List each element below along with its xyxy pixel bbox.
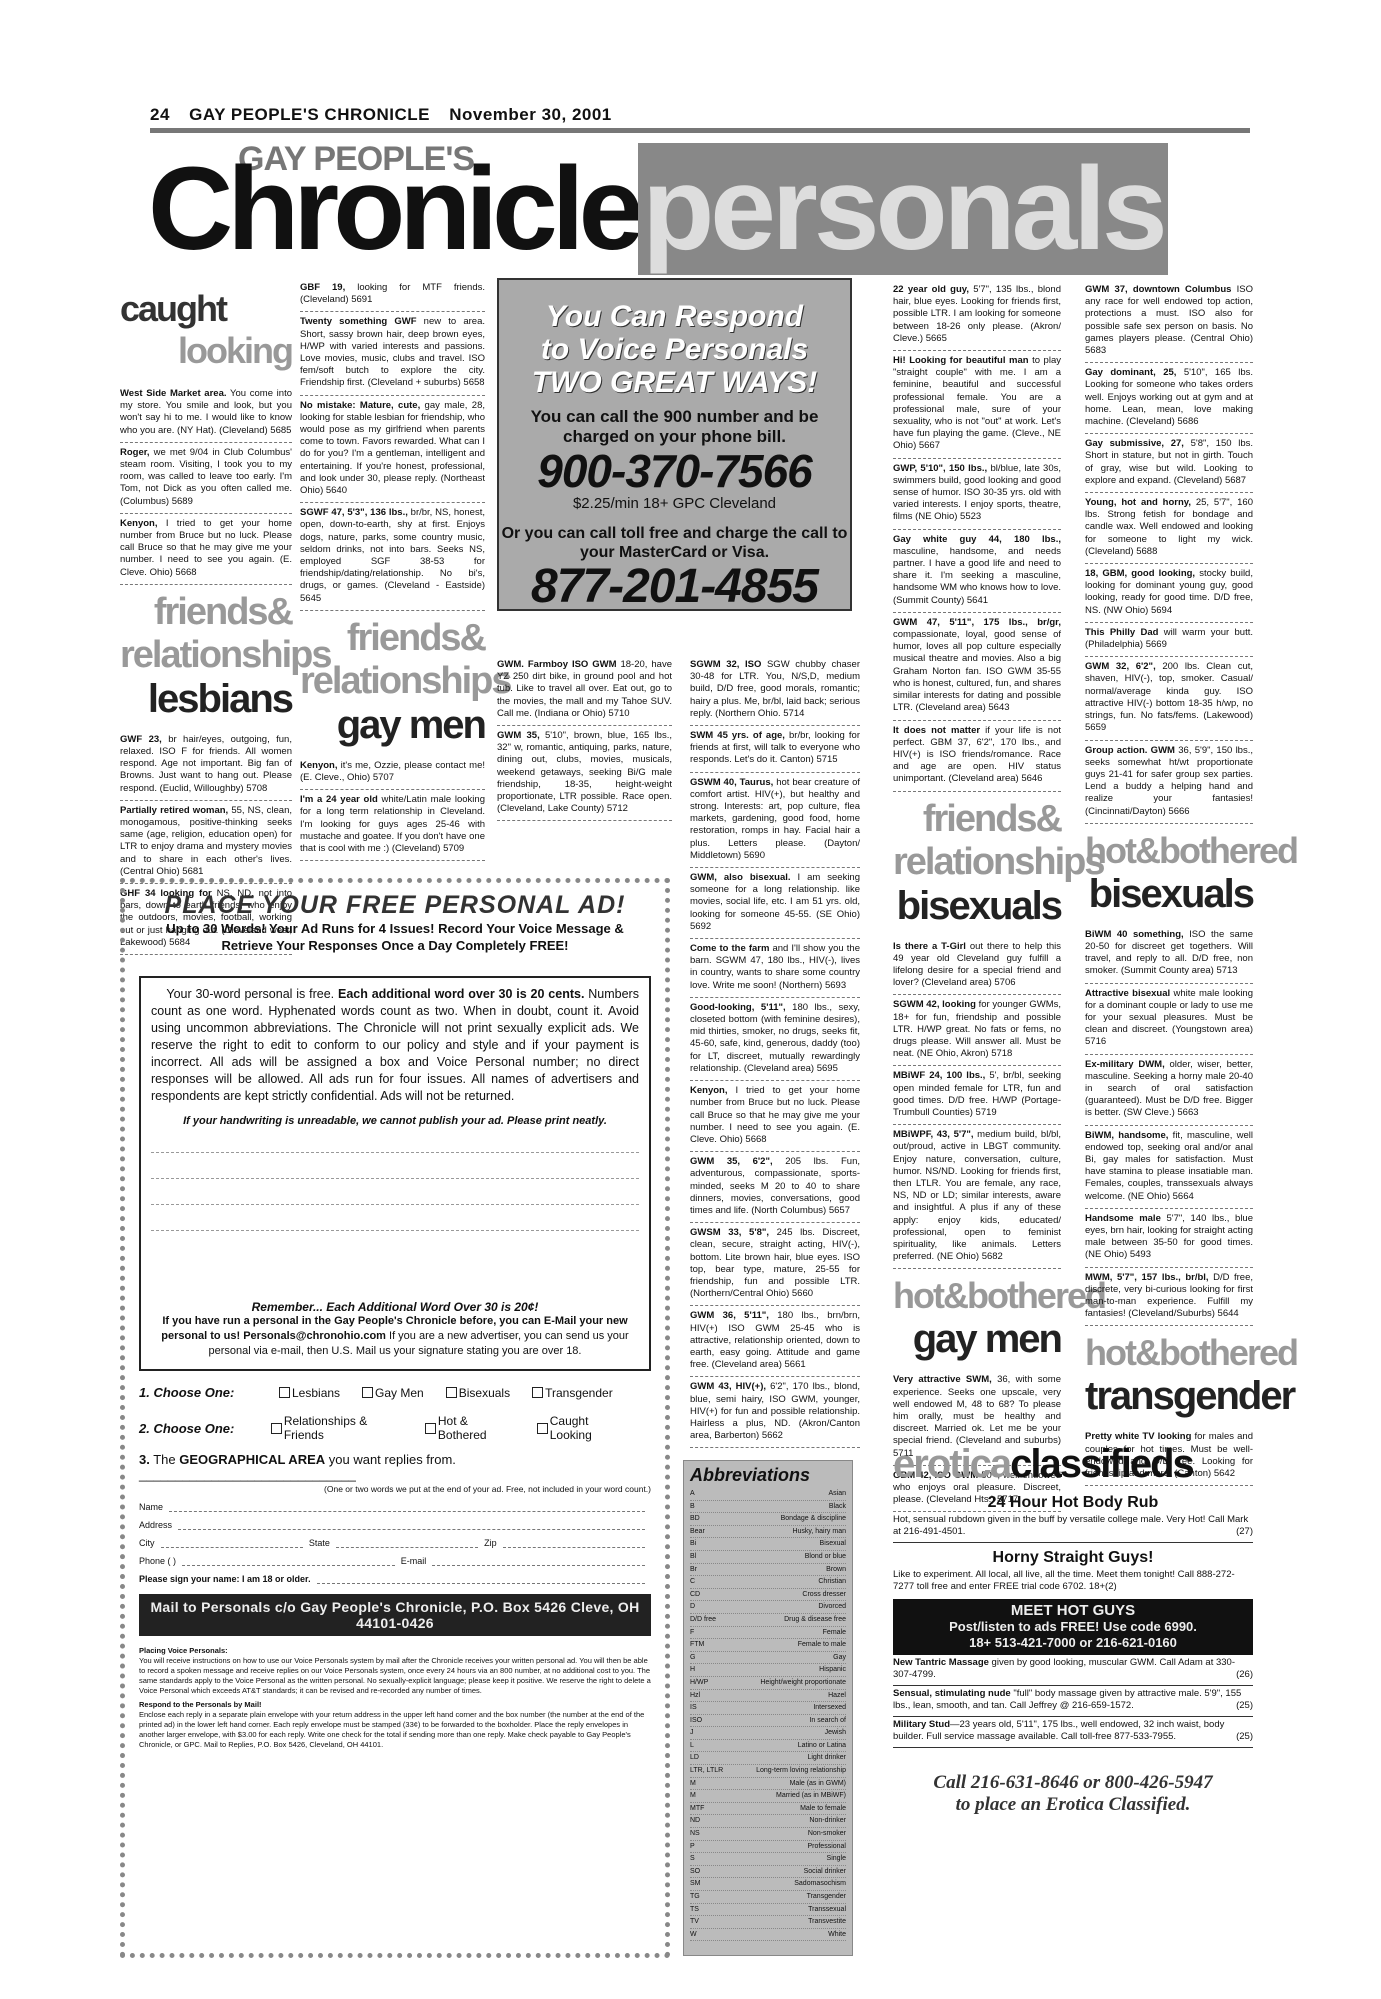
write-line[interactable]	[151, 1205, 639, 1231]
personal-ad: Hi! Looking for beautiful man to play "s…	[893, 351, 1061, 459]
abbreviation-code: P	[690, 1841, 695, 1853]
abbreviation-row: LDLight drinker	[690, 1752, 846, 1765]
checkbox-relationships[interactable]: Relationships & Friends	[271, 1414, 403, 1442]
abbreviation-code: BD	[690, 1513, 700, 1525]
personal-ad: Gay dominant, 25, 5'10", 165 lbs. Lookin…	[1085, 363, 1253, 434]
abbreviation-row: CDCross dresser	[690, 1589, 846, 1602]
personal-ad: Come to the farm and I'll show you the b…	[690, 939, 860, 998]
voice-line-tollfree: Or you can call toll free and charge the…	[499, 524, 850, 562]
abbreviation-code: LD	[690, 1752, 699, 1764]
erotica-ad: Like to experiment. All local, all live,…	[893, 1567, 1253, 1597]
abbreviation-code: Br	[690, 1564, 697, 1576]
abbreviation-meaning: Jewish	[825, 1727, 846, 1739]
abbreviation-meaning: Cross dresser	[802, 1589, 846, 1601]
personal-ad: SGWF 47, 5'3", 136 lbs., br/br, NS, hone…	[300, 503, 485, 611]
abbreviation-row: LTR, LTLRLong-term loving relationship	[690, 1765, 846, 1778]
erotica-call-to-place: Call 216-631-8646 or 800-426-5947 to pla…	[893, 1772, 1253, 1816]
abbreviation-code: Bl	[690, 1551, 696, 1563]
personal-ad: GWM 47, 5'11", 175 lbs., br/gr, compassi…	[893, 613, 1061, 721]
personal-ad: GWP, 5'10", 150 lbs., bl/blue, late 30s,…	[893, 459, 1061, 530]
abbreviation-code: H/WP	[690, 1677, 708, 1689]
abbreviation-code: LTR, LTLR	[690, 1765, 723, 1777]
personal-ad: GSWM 40, Taurus, hot bear creature of co…	[690, 773, 860, 868]
abbreviation-meaning: Single	[827, 1853, 846, 1865]
abbreviation-row: ISIntersexed	[690, 1702, 846, 1715]
abbreviation-meaning: Sadomasochism	[794, 1878, 846, 1890]
geographic-area-note: (One or two words we put at the end of y…	[139, 1484, 651, 1494]
abbreviation-meaning: Transsexual	[808, 1904, 846, 1916]
abbreviation-code: Bi	[690, 1538, 696, 1550]
abbreviation-meaning: Husky, hairy man	[792, 1526, 846, 1538]
abbreviation-row: H/WPHeight/weight proportionate	[690, 1677, 846, 1690]
abbreviation-row: BearHusky, hairy man	[690, 1526, 846, 1539]
section-heading-caught-looking: caught looking	[120, 278, 292, 384]
abbreviation-meaning: Bondage & discipline	[781, 1513, 846, 1525]
personal-ad: Kenyon, it's me, Ozzie, please contact m…	[300, 756, 485, 790]
abbreviation-row: GGay	[690, 1652, 846, 1665]
abbreviation-meaning: Latino or Latina	[798, 1740, 846, 1752]
abbreviation-row: TGTransgender	[690, 1891, 846, 1904]
abbreviation-code: MTF	[690, 1803, 704, 1815]
personal-ad: Young, hot and horny, 25, 5'7", 160 lbs.…	[1085, 493, 1253, 564]
place-ad-form: PLACE YOUR FREE PERSONAL AD! Up to 30 Wo…	[120, 878, 670, 1958]
erotica-ad: New Tantric Massage given by good lookin…	[893, 1655, 1253, 1686]
abbreviation-row: BDBondage & discipline	[690, 1513, 846, 1526]
abbreviation-row: FFemale	[690, 1627, 846, 1640]
personal-ad: Kenyon, I tried to get your home number …	[120, 514, 292, 585]
abbreviation-row: TSTranssexual	[690, 1904, 846, 1917]
column-2: GBF 19, looking for MTF friends. (Clevel…	[300, 278, 485, 861]
abbreviation-code: F	[690, 1627, 694, 1639]
abbreviation-code: C	[690, 1576, 695, 1588]
abbreviation-code: M	[690, 1778, 696, 1790]
write-line[interactable]	[151, 1153, 639, 1179]
choose-one-orientation: 1. Choose One: Lesbians Gay Men Bisexual…	[139, 1385, 651, 1400]
abbreviation-meaning: White	[828, 1929, 846, 1941]
abbreviation-row: MMarried (as in MBiWF)	[690, 1790, 846, 1803]
phone-877[interactable]: 877-201-4855	[499, 562, 850, 611]
voice-personals-ad: You Can Respondto Voice PersonalsTWO GRE…	[497, 278, 852, 611]
section-heading-gay-men: friends& relationships gay men	[300, 611, 485, 756]
abbreviation-row: SOSocial drinker	[690, 1866, 846, 1879]
abbreviation-row: WWhite	[690, 1929, 846, 1942]
abbreviation-meaning: Male (as in GWM)	[790, 1778, 846, 1790]
abbreviations-list: AAsianBBlackBDBondage & disciplineBearHu…	[690, 1488, 846, 1941]
abbreviation-meaning: Blond or blue	[805, 1551, 846, 1563]
personal-ad: West Side Market area. You come into my …	[120, 384, 292, 443]
abbreviation-meaning: Female	[823, 1627, 846, 1639]
voice-line-900: You can call the 900 number and be charg…	[499, 407, 850, 447]
signature-field[interactable]: Please sign your name: I am 18 or older.	[139, 1574, 651, 1584]
personal-ad: Group action. GWM 36, 5'9", 150 lbs., se…	[1085, 741, 1253, 824]
personal-ad: GWSM 33, 5'8", 245 lbs. Discreet, clean,…	[690, 1223, 860, 1306]
abbreviation-meaning: Transgender	[807, 1891, 846, 1903]
abbreviation-code: M	[690, 1790, 696, 1802]
personal-ad: BiWM 40 something, ISO the same 20-50 fo…	[1085, 925, 1253, 984]
abbreviation-code: TG	[690, 1891, 700, 1903]
abbreviation-row: HHispanic	[690, 1664, 846, 1677]
abbreviation-row: MTFMale to female	[690, 1803, 846, 1816]
section-heading-bisexuals: friends& relationships bisexuals	[893, 792, 1061, 937]
personal-ad: Ex-military DWM, older, wiser, better, m…	[1085, 1055, 1253, 1126]
personal-ad: BiWM, handsome, fit, masculine, well end…	[1085, 1126, 1253, 1209]
personal-ad: Twenty something GWF new to area. Short,…	[300, 312, 485, 395]
checkbox-lesbians[interactable]: Lesbians	[279, 1386, 340, 1400]
abbreviation-meaning: Professional	[807, 1841, 846, 1853]
abbreviation-row: LLatino or Latina	[690, 1740, 846, 1753]
checkbox-transgender[interactable]: Transgender	[532, 1386, 613, 1400]
abbreviation-row: NSNon-smoker	[690, 1828, 846, 1841]
abbreviation-row: TVTransvestite	[690, 1916, 846, 1929]
abbreviation-row: CChristian	[690, 1576, 846, 1589]
abbreviations-box: Abbreviations AAsianBBlackBDBondage & di…	[683, 1460, 853, 1956]
erotica-ad: Sensual, stimulating nude "full" body ma…	[893, 1686, 1253, 1717]
abbreviation-meaning: Female to male	[798, 1639, 846, 1651]
abbreviation-meaning: Married (as in MBiWF)	[776, 1790, 846, 1802]
abbreviation-code: H	[690, 1664, 695, 1676]
abbreviation-code: TS	[690, 1904, 699, 1916]
abbreviation-row: JJewish	[690, 1727, 846, 1740]
abbreviation-code: Bear	[690, 1526, 705, 1538]
abbreviation-row: HzlHazel	[690, 1690, 846, 1703]
ad-title: Horny Straight Guys!	[893, 1549, 1253, 1567]
checkbox-gay-men[interactable]: Gay Men	[362, 1386, 424, 1400]
abbreviation-code: TV	[690, 1916, 699, 1928]
voice-personals-info: Placing Voice Personals: You will receiv…	[139, 1646, 651, 1750]
personal-ad: Kenyon, I tried to get your home number …	[690, 1081, 860, 1152]
personal-ad: SGWM 42, looking for younger GWMs, 18+ f…	[893, 995, 1061, 1066]
city-state-zip-field[interactable]: CityStateZip	[139, 1538, 651, 1548]
abbreviation-code: L	[690, 1740, 694, 1752]
personal-ad: MBiWF 24, 100 lbs., 5', br/bl, seeking o…	[893, 1066, 1061, 1125]
personal-ad: GWM. Farmboy ISO GWM 18-20, have YZ 250 …	[497, 655, 672, 726]
checkbox-hot-bothered[interactable]: Hot & Bothered	[425, 1414, 515, 1442]
personal-ad: Roger, we met 9/04 in Club Columbus' ste…	[120, 443, 292, 514]
address-field[interactable]: Address	[139, 1520, 651, 1530]
section-heading-hot-gay-men: hot&bothered gay men	[893, 1269, 1061, 1370]
name-field[interactable]: Name	[139, 1502, 651, 1512]
abbreviation-meaning: Non-smoker	[808, 1828, 846, 1840]
personal-ad: GWM 37, downtown Columbus ISO any race f…	[1085, 280, 1253, 363]
abbreviation-meaning: In search of	[809, 1715, 846, 1727]
personal-ad: SWM 45 yrs. of age, br/br, looking for f…	[690, 726, 860, 773]
personal-ad: Is there a T-Girl out there to help this…	[893, 937, 1061, 996]
abbreviation-code: A	[690, 1488, 695, 1500]
abbreviations-title: Abbreviations	[690, 1465, 846, 1486]
write-line[interactable]	[151, 1127, 639, 1153]
abbreviation-meaning: Hazel	[828, 1690, 846, 1702]
personal-ad: Gay white guy 44, 180 lbs., masculine, h…	[893, 530, 1061, 613]
abbreviation-row: SSingle	[690, 1853, 846, 1866]
personal-ad: GWM 35, 5'10", brown, blue, 165 lbs., 32…	[497, 726, 672, 821]
ad-rules-box: Your 30-word personal is free. Each addi…	[139, 976, 651, 1371]
phone-900-rate: $2.25/min 18+ GPC Cleveland	[499, 495, 850, 512]
abbreviation-row: PProfessional	[690, 1841, 846, 1854]
abbreviation-code: NS	[690, 1828, 700, 1840]
abbreviation-code: J	[690, 1727, 694, 1739]
choose-one-category: 2. Choose One: Relationships & Friends H…	[139, 1414, 651, 1442]
personal-ad: MBiWPF, 43, 5'7", medium build, bl/bl, o…	[893, 1125, 1061, 1269]
abbreviation-meaning: Divorced	[818, 1601, 846, 1613]
personal-ad: Partially retired woman, 55, NS, clean, …	[120, 801, 292, 884]
personal-ad: No mistake: Mature, cute, gay male, 28, …	[300, 396, 485, 504]
abbreviation-meaning: Christian	[818, 1576, 846, 1588]
geographic-area-field[interactable]: 3. The GEOGRAPHICAL AREA you want replie…	[139, 1452, 651, 1482]
erotica-ad: Hot, sensual rubdown given in the buff b…	[893, 1512, 1253, 1543]
abbreviation-code: ISO	[690, 1715, 702, 1727]
abbreviation-meaning: Gay	[833, 1652, 846, 1664]
erotica-ad: Military Stud—23 years old, 5'11", 175 l…	[893, 1717, 1253, 1748]
column-3: GWM. Farmboy ISO GWM 18-20, have YZ 250 …	[497, 655, 672, 821]
phone-email-field[interactable]: Phone ( )E-mail	[139, 1556, 651, 1566]
abbreviation-code: D	[690, 1601, 695, 1613]
personal-ad: Handsome male 5'7", 140 lbs., blue eyes,…	[1085, 1209, 1253, 1268]
section-heading-lesbians: friends& relationships lesbians	[120, 585, 292, 730]
abbreviation-meaning: Non-drinker	[809, 1815, 846, 1827]
masthead: GAY PEOPLE'S Chroniclepersonals	[148, 140, 1248, 265]
checkbox-bisexuals[interactable]: Bisexuals	[446, 1386, 510, 1400]
abbreviation-row: BiBisexual	[690, 1538, 846, 1551]
abbreviation-code: SM	[690, 1878, 701, 1890]
abbreviation-meaning: Male to female	[800, 1803, 846, 1815]
abbreviation-row: ISOIn search of	[690, 1715, 846, 1728]
personal-ad: Good-looking, 5'11", 180 lbs., sexy, clo…	[690, 998, 860, 1081]
abbreviation-code: B	[690, 1501, 695, 1513]
section-heading-hot-bisexuals: hot&bothered bisexuals	[1085, 824, 1253, 925]
page-folio: 24 GAY PEOPLE'S CHRONICLE November 30, 2…	[150, 105, 1250, 133]
personal-ad: SGWM 32, ISO SGW chubby chaser 30-48 for…	[690, 655, 860, 726]
personal-ad: Attractive bisexual white male looking f…	[1085, 984, 1253, 1055]
abbreviation-meaning: Intersexed	[813, 1702, 846, 1714]
column-5: 22 year old guy, 5'7", 135 lbs., blond h…	[893, 280, 1061, 1512]
abbreviation-meaning: Hispanic	[819, 1664, 846, 1676]
abbreviation-row: FTMFemale to male	[690, 1639, 846, 1652]
abbreviation-row: NDNon-drinker	[690, 1815, 846, 1828]
abbreviation-meaning: Drug & disease free	[784, 1614, 846, 1626]
abbreviation-code: W	[690, 1929, 697, 1941]
mail-to-address: Mail to Personals c/o Gay People's Chron…	[139, 1594, 651, 1636]
abbreviation-code: G	[690, 1652, 695, 1664]
abbreviation-code: ND	[690, 1815, 700, 1827]
meet-hot-guys-ad: MEET HOT GUYS Post/listen to ads FREE! U…	[893, 1599, 1253, 1655]
abbreviation-meaning: Brown	[826, 1564, 846, 1576]
erotica-heading: eroticaclassifieds	[893, 1440, 1253, 1488]
abbreviation-row: BlBlond or blue	[690, 1551, 846, 1564]
personal-ad: This Philly Dad will warm your butt. (Ph…	[1085, 623, 1253, 657]
ad-title: 24 Hour Hot Body Rub	[893, 1494, 1253, 1512]
personal-ad: GWM 35, 6'2", 205 lbs. Fun, adventurous,…	[690, 1152, 860, 1223]
abbreviation-meaning: Light drinker	[807, 1752, 846, 1764]
place-ad-subtitle: Up to 30 Words! Your Ad Runs for 4 Issue…	[139, 920, 651, 954]
abbreviation-meaning: Black	[829, 1501, 846, 1513]
personal-ad: GWM 43, HIV(+), 6'2", 170 lbs., blond, b…	[690, 1377, 860, 1448]
handwriting-note: If your handwriting is unreadable, we ca…	[151, 1115, 639, 1127]
section-heading-hot-transgender: hot&bothered transgender	[1085, 1326, 1253, 1427]
personal-ad: 22 year old guy, 5'7", 135 lbs., blond h…	[893, 280, 1061, 351]
abbreviation-row: BBlack	[690, 1501, 846, 1514]
abbreviation-code: CD	[690, 1589, 700, 1601]
abbreviation-code: D/D free	[690, 1614, 716, 1626]
paper-name: GAY PEOPLE'S CHRONICLE	[189, 105, 430, 124]
personal-ad: GBF 19, looking for MTF friends. (Clevel…	[300, 278, 485, 312]
abbreviation-row: SMSadomasochism	[690, 1878, 846, 1891]
personal-ad: 18, GBM, good looking, stocky build, loo…	[1085, 564, 1253, 623]
abbreviation-meaning: Bisexual	[820, 1538, 846, 1550]
abbreviation-meaning: Asian	[828, 1488, 846, 1500]
abbreviation-meaning: Social drinker	[804, 1866, 846, 1878]
abbreviation-code: FTM	[690, 1639, 704, 1651]
place-ad-title: PLACE YOUR FREE PERSONAL AD!	[139, 891, 651, 920]
phone-900[interactable]: 900-370-7566	[499, 447, 850, 495]
masthead-personals: personals	[638, 143, 1167, 275]
column-4: SGWM 32, ISO SGW chubby chaser 30-48 for…	[690, 655, 860, 1448]
abbreviation-row: AAsian	[690, 1488, 846, 1501]
personal-ad: GWM, also bisexual. I am seeking someone…	[690, 868, 860, 939]
issue-date: November 30, 2001	[449, 105, 612, 124]
personal-ad: MWM, 5'7", 157 lbs., br/bl, D/D free, di…	[1085, 1268, 1253, 1327]
remember-note: Remember... Each Additional Word Over 30…	[151, 1300, 639, 1359]
abbreviation-row: MMale (as in GWM)	[690, 1778, 846, 1791]
abbreviation-meaning: Transvestite	[808, 1916, 846, 1928]
page-number: 24	[150, 105, 170, 124]
abbreviation-meaning: Long-term loving relationship	[756, 1765, 846, 1777]
write-line[interactable]	[151, 1179, 639, 1205]
abbreviation-meaning: Height/weight proportionate	[760, 1677, 846, 1689]
abbreviation-code: IS	[690, 1702, 697, 1714]
abbreviation-row: BrBrown	[690, 1564, 846, 1577]
column-6: GWM 37, downtown Columbus ISO any race f…	[1085, 280, 1253, 1486]
personal-ad: GWF 23, br hair/eyes, outgoing, fun, rel…	[120, 730, 292, 801]
abbreviation-code: Hzl	[690, 1690, 700, 1702]
personal-ad: GWM 36, 5'11", 180 lbs., brn/brn, HIV(+)…	[690, 1306, 860, 1377]
abbreviation-row: DDivorced	[690, 1601, 846, 1614]
voice-headline: You Can Respondto Voice PersonalsTWO GRE…	[499, 300, 850, 399]
personal-ad: I'm a 24 year old white/Latin male looki…	[300, 790, 485, 861]
column-1: caught looking West Side Market area. Yo…	[120, 278, 292, 955]
abbreviation-code: SO	[690, 1866, 700, 1878]
abbreviation-code: S	[690, 1853, 695, 1865]
personal-ad: Gay submissive, 27, 5'8", 150 lbs. Short…	[1085, 434, 1253, 493]
personal-ad: GWM 32, 6'2", 200 lbs. Clean cut, shaven…	[1085, 657, 1253, 740]
ad-rules-text: Your 30-word personal is free. Each addi…	[151, 986, 639, 1105]
checkbox-caught-looking[interactable]: Caught Looking	[537, 1414, 629, 1442]
erotica-classifieds: eroticaclassifieds 24 Hour Hot Body Rub …	[893, 1440, 1253, 1816]
masthead-title: Chroniclepersonals	[148, 154, 1168, 264]
abbreviation-row: D/D freeDrug & disease free	[690, 1614, 846, 1627]
personal-ad: It does not matter if your life is not p…	[893, 721, 1061, 792]
